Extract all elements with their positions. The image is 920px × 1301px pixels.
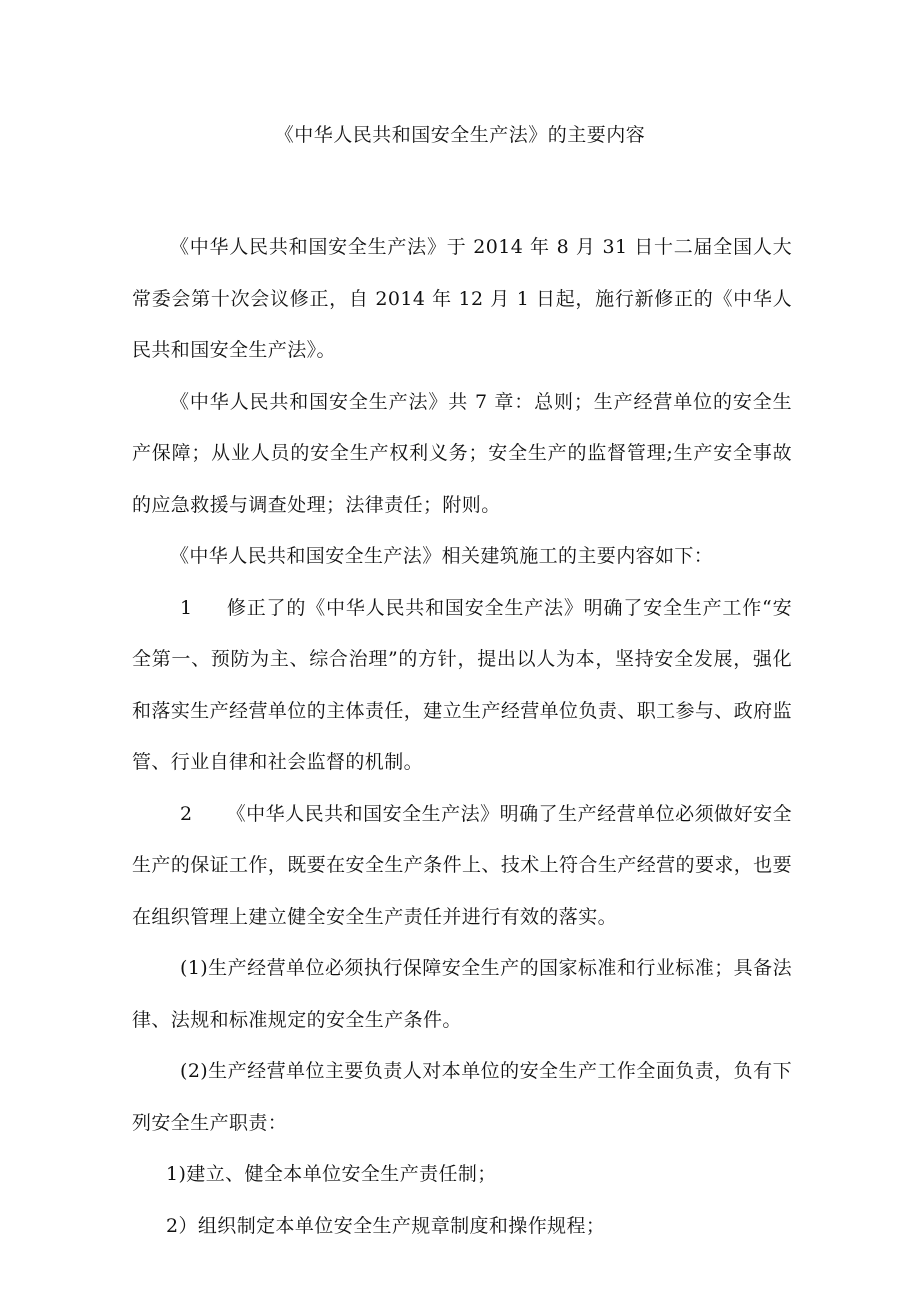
item-number: 2 <box>180 803 193 825</box>
document-page: 《中华人民共和国安全生产法》的主要内容 《中华人民共和国安全生产法》于 2014… <box>0 0 920 1301</box>
paragraph-revision: 《中华人民共和国安全生产法》于 2014 年 8 月 31 日十二届全国人大常委… <box>132 222 792 377</box>
numbered-item-1: 1修正了的《中华人民共和国安全生产法》明确了安全生产工作“安全第一、预防为主、综… <box>132 583 792 789</box>
duty-item-2: 2）组织制定本单位安全生产规章制度和操作规程； <box>132 1201 792 1253</box>
document-body: 《中华人民共和国安全生产法》于 2014 年 8 月 31 日十二届全国人大常委… <box>132 222 792 1252</box>
item-text: 修正了的《中华人民共和国安全生产法》明确了安全生产工作“安全第一、预防为主、综合… <box>132 597 792 774</box>
subitem-1: (1)生产经营单位必须执行保障安全生产的国家标准和行业标准；具备法律、法规和标准… <box>132 943 792 1046</box>
duty-item-1: 1)建立、健全本单位安全生产责任制； <box>132 1149 792 1201</box>
paragraph-chapters: 《中华人民共和国安全生产法》共 7 章：总则；生产经营单位的安全生产保障；从业人… <box>132 377 792 532</box>
item-number: 1 <box>180 597 193 619</box>
item-text: 《中华人民共和国安全生产法》明确了生产经营单位必须做好安全生产的保证工作，既要在… <box>132 803 792 928</box>
document-title: 《中华人民共和国安全生产法》的主要内容 <box>0 120 920 150</box>
numbered-item-2: 2《中华人民共和国安全生产法》明确了生产经营单位必须做好安全生产的保证工作，既要… <box>132 789 792 944</box>
subitem-2: (2)生产经营单位主要负责人对本单位的安全生产工作全面负责，负有下列安全生产职责… <box>132 1046 792 1149</box>
paragraph-intro: 《中华人民共和国安全生产法》相关建筑施工的主要内容如下： <box>132 531 792 583</box>
